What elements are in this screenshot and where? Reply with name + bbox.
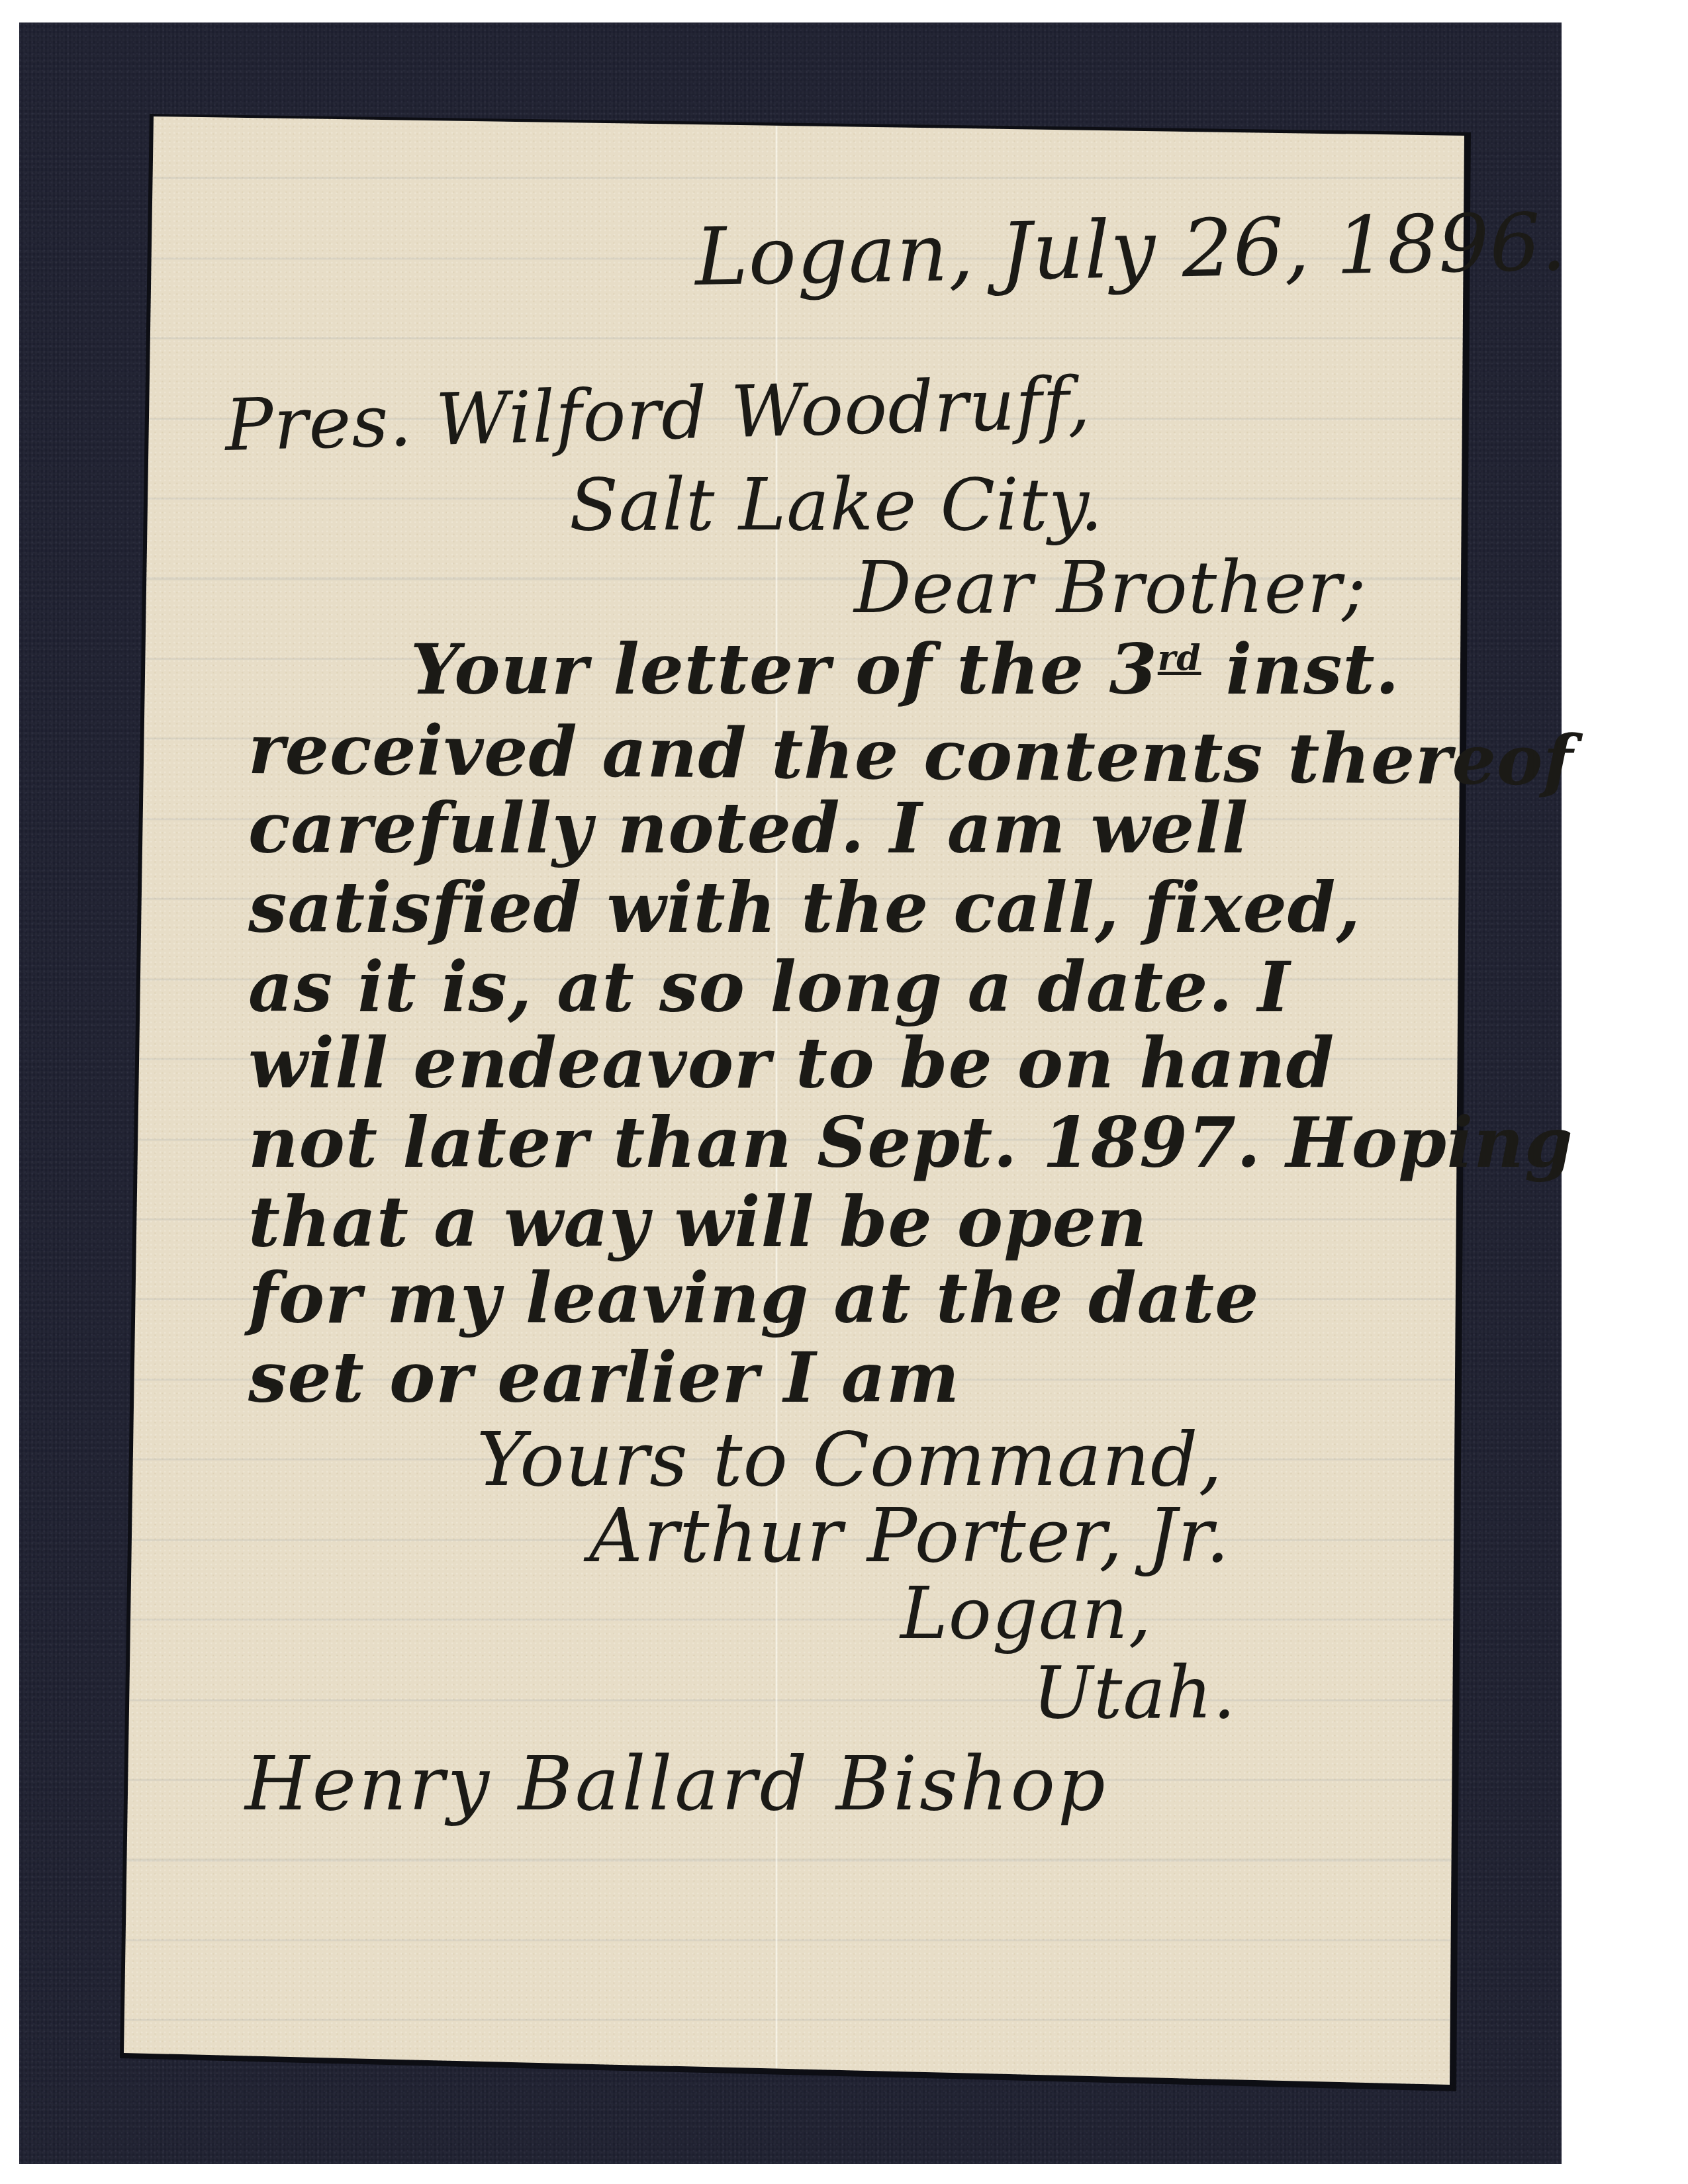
signature: Arthur Porter, Jr. — [589, 1499, 1230, 1573]
body-line-9: for my leaving at the date — [248, 1264, 1259, 1333]
addressee-name: Pres. Wilford Woodruff, — [224, 368, 1092, 462]
annotation-name: Henry Ballard Bishop — [245, 1747, 1108, 1821]
salutation: Dear Brother; — [854, 553, 1367, 624]
body-line-5: as it is, at so long a date. I — [248, 953, 1291, 1022]
body-line-4: satisfied with the call, fixed, — [248, 874, 1361, 942]
body-line-2: received and the contents thereof — [248, 715, 1574, 795]
body-line-3: carefully noted. I am well — [248, 794, 1248, 863]
signature-place-state: Utah. — [1033, 1658, 1237, 1729]
ordinal-suffix: rd — [1158, 638, 1201, 678]
body-line-10: set or earlier I am — [248, 1343, 960, 1412]
addressee-city: Salt Lake City. — [569, 470, 1103, 541]
body-line-1-post: inst. — [1201, 629, 1400, 710]
signature-place-city: Logan, — [900, 1578, 1152, 1650]
body-line-1: Your letter of the 3rd inst. — [410, 635, 1400, 704]
body-line-6: will endeavor to be on hand — [248, 1029, 1335, 1098]
body-line-7: not later than Sept. 1897. Hoping — [248, 1109, 1573, 1177]
body-line-8: that a way will be open — [248, 1188, 1148, 1257]
closing: Yours to Command, — [477, 1423, 1223, 1497]
body-line-1-pre: Your letter of the 3 — [410, 629, 1158, 710]
dateline: Logan, July 26, 1896. — [694, 203, 1568, 298]
